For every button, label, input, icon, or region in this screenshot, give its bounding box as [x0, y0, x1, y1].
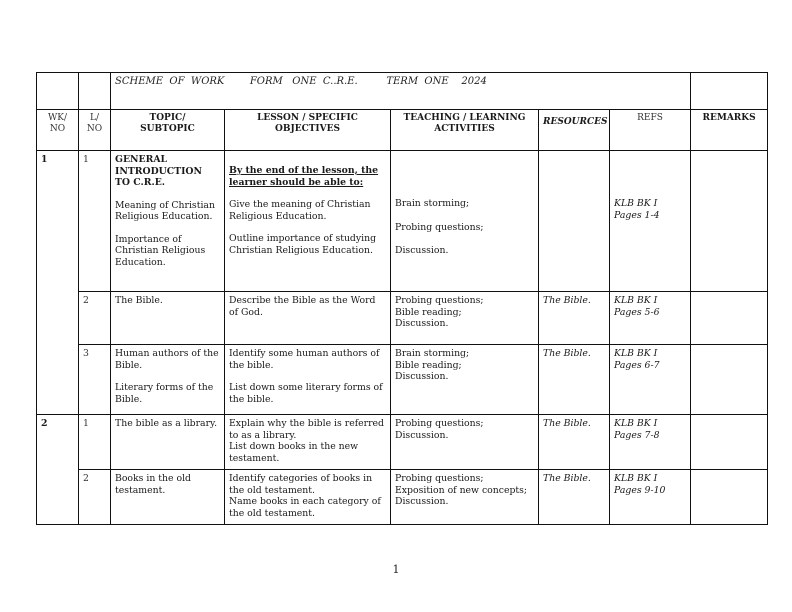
week-cell: 1: [37, 151, 79, 415]
resources-cell: [539, 151, 610, 292]
header-remarks: REMARKS: [691, 110, 768, 151]
objective: List down some literary forms of the bib…: [229, 382, 386, 405]
topic-cell: GENERAL INTRODUCTION TO C.R.E. Meaning o…: [111, 151, 225, 292]
refs-cell: KLB BK I Pages 1-4: [610, 151, 691, 292]
activity: Probing questions;: [395, 222, 534, 234]
resources-cell: The Bible.: [539, 345, 610, 415]
subtopic: Literary forms of the Bible.: [115, 382, 220, 405]
header-teaching: TEACHING / LEARNINGACTIVITIES: [391, 110, 539, 151]
subtopic: The bible as a library.: [115, 418, 220, 430]
objective: Identify some human authors of the bible…: [229, 348, 386, 371]
table-row: 1 1 GENERAL INTRODUCTION TO C.R.E. Meani…: [37, 151, 768, 292]
lesson-no-cell: 3: [79, 345, 111, 415]
table-row: 2 Books in the old testament. Identify c…: [37, 470, 768, 525]
title-blank-cell: [79, 73, 111, 110]
document-title: SCHEME OF WORK FORM ONE C..R.E. TERM ONE…: [111, 73, 691, 110]
title-row: SCHEME OF WORK FORM ONE C..R.E. TERM ONE…: [37, 73, 768, 110]
topic-cell: The Bible.: [111, 292, 225, 345]
subtopic: Books in the old testament.: [115, 473, 220, 496]
scheme-of-work-table: SCHEME OF WORK FORM ONE C..R.E. TERM ONE…: [36, 72, 768, 525]
activity: Brain storming;: [395, 198, 534, 210]
table-row: 3 Human authors of the Bible. Literary f…: [37, 345, 768, 415]
objective: List down books in the new testament.: [229, 441, 386, 464]
subtopic: The Bible.: [115, 295, 220, 307]
title-blank-cell: [691, 73, 768, 110]
objectives-cell: Explain why the bible is referred to as …: [225, 415, 391, 470]
subtopic: Meaning of Christian Religious Education…: [115, 200, 220, 223]
title-scheme: SCHEME OF WORK: [115, 76, 224, 87]
topic-cell: Human authors of the Bible. Literary for…: [111, 345, 225, 415]
subtopic: Human authors of the Bible.: [115, 348, 220, 371]
page-number: 1: [0, 563, 792, 576]
refs-cell: KLB BK IPages 7-8: [610, 415, 691, 470]
activities-cell: Probing questions;Exposition of new conc…: [391, 470, 539, 525]
objectives-cell: Describe the Bible as the Word of God.: [225, 292, 391, 345]
title-form: FORM ONE C..R.E.: [250, 76, 358, 87]
resources-cell: The Bible.: [539, 470, 610, 525]
activities-cell: Brain storming;Bible reading;Discussion.: [391, 345, 539, 415]
header-row: WK/NO L/NO TOPIC/SUBTOPIC LESSON / SPECI…: [37, 110, 768, 151]
lesson-no-cell: 1: [79, 415, 111, 470]
refs-cell: KLB BK IPages 9-10: [610, 470, 691, 525]
topic-cell: The bible as a library.: [111, 415, 225, 470]
header-ln: L/NO: [79, 110, 111, 151]
topic-cell: Books in the old testament.: [111, 470, 225, 525]
topic-heading: GENERAL INTRODUCTION TO C.R.E.: [115, 154, 220, 189]
resources-cell: The Bible.: [539, 292, 610, 345]
header-lesson: LESSON / SPECIFICOBJECTIVES: [225, 110, 391, 151]
title-blank-cell: [37, 73, 79, 110]
activities-cell: Probing questions;Discussion.: [391, 415, 539, 470]
table-row: 2 1 The bible as a library. Explain why …: [37, 415, 768, 470]
lesson-no-cell: 2: [79, 292, 111, 345]
refs-cell: KLB BK IPages 5-6: [610, 292, 691, 345]
remarks-cell: [691, 345, 768, 415]
objective: Identify categories of books in the old …: [229, 473, 386, 496]
resources-cell: The Bible.: [539, 415, 610, 470]
header-topic: TOPIC/SUBTOPIC: [111, 110, 225, 151]
lesson-no-cell: 2: [79, 470, 111, 525]
header-resources: RESOURCES: [539, 110, 610, 151]
lesson-no-cell: 1: [79, 151, 111, 292]
objectives-cell: Identify categories of books in the old …: [225, 470, 391, 525]
activities-cell: Probing questions;Bible reading;Discussi…: [391, 292, 539, 345]
header-wk: WK/NO: [37, 110, 79, 151]
objective: Give the meaning of Christian Religious …: [229, 199, 386, 222]
activities-cell: Brain storming; Probing questions; Discu…: [391, 151, 539, 292]
table-row: 2 The Bible. Describe the Bible as the W…: [37, 292, 768, 345]
objective: Explain why the bible is referred to as …: [229, 418, 386, 441]
objectives-intro: By the end of the lesson, the learner sh…: [229, 165, 386, 188]
activity: Discussion.: [395, 245, 534, 257]
title-term: TERM ONE 2024: [386, 76, 487, 87]
remarks-cell: [691, 292, 768, 345]
objectives-cell: Identify some human authors of the bible…: [225, 345, 391, 415]
objective: Outline importance of studying Christian…: [229, 233, 386, 256]
remarks-cell: [691, 470, 768, 525]
week-cell: 2: [37, 415, 79, 525]
refs-cell: KLB BK IPages 6-7: [610, 345, 691, 415]
subtopic: Importance of Christian Religious Educat…: [115, 234, 220, 269]
remarks-cell: [691, 151, 768, 292]
objective: Describe the Bible as the Word of God.: [229, 295, 386, 318]
remarks-cell: [691, 415, 768, 470]
header-refs: REFS: [610, 110, 691, 151]
objectives-cell: By the end of the lesson, the learner sh…: [225, 151, 391, 292]
objective: Name books in each category of the old t…: [229, 496, 386, 519]
